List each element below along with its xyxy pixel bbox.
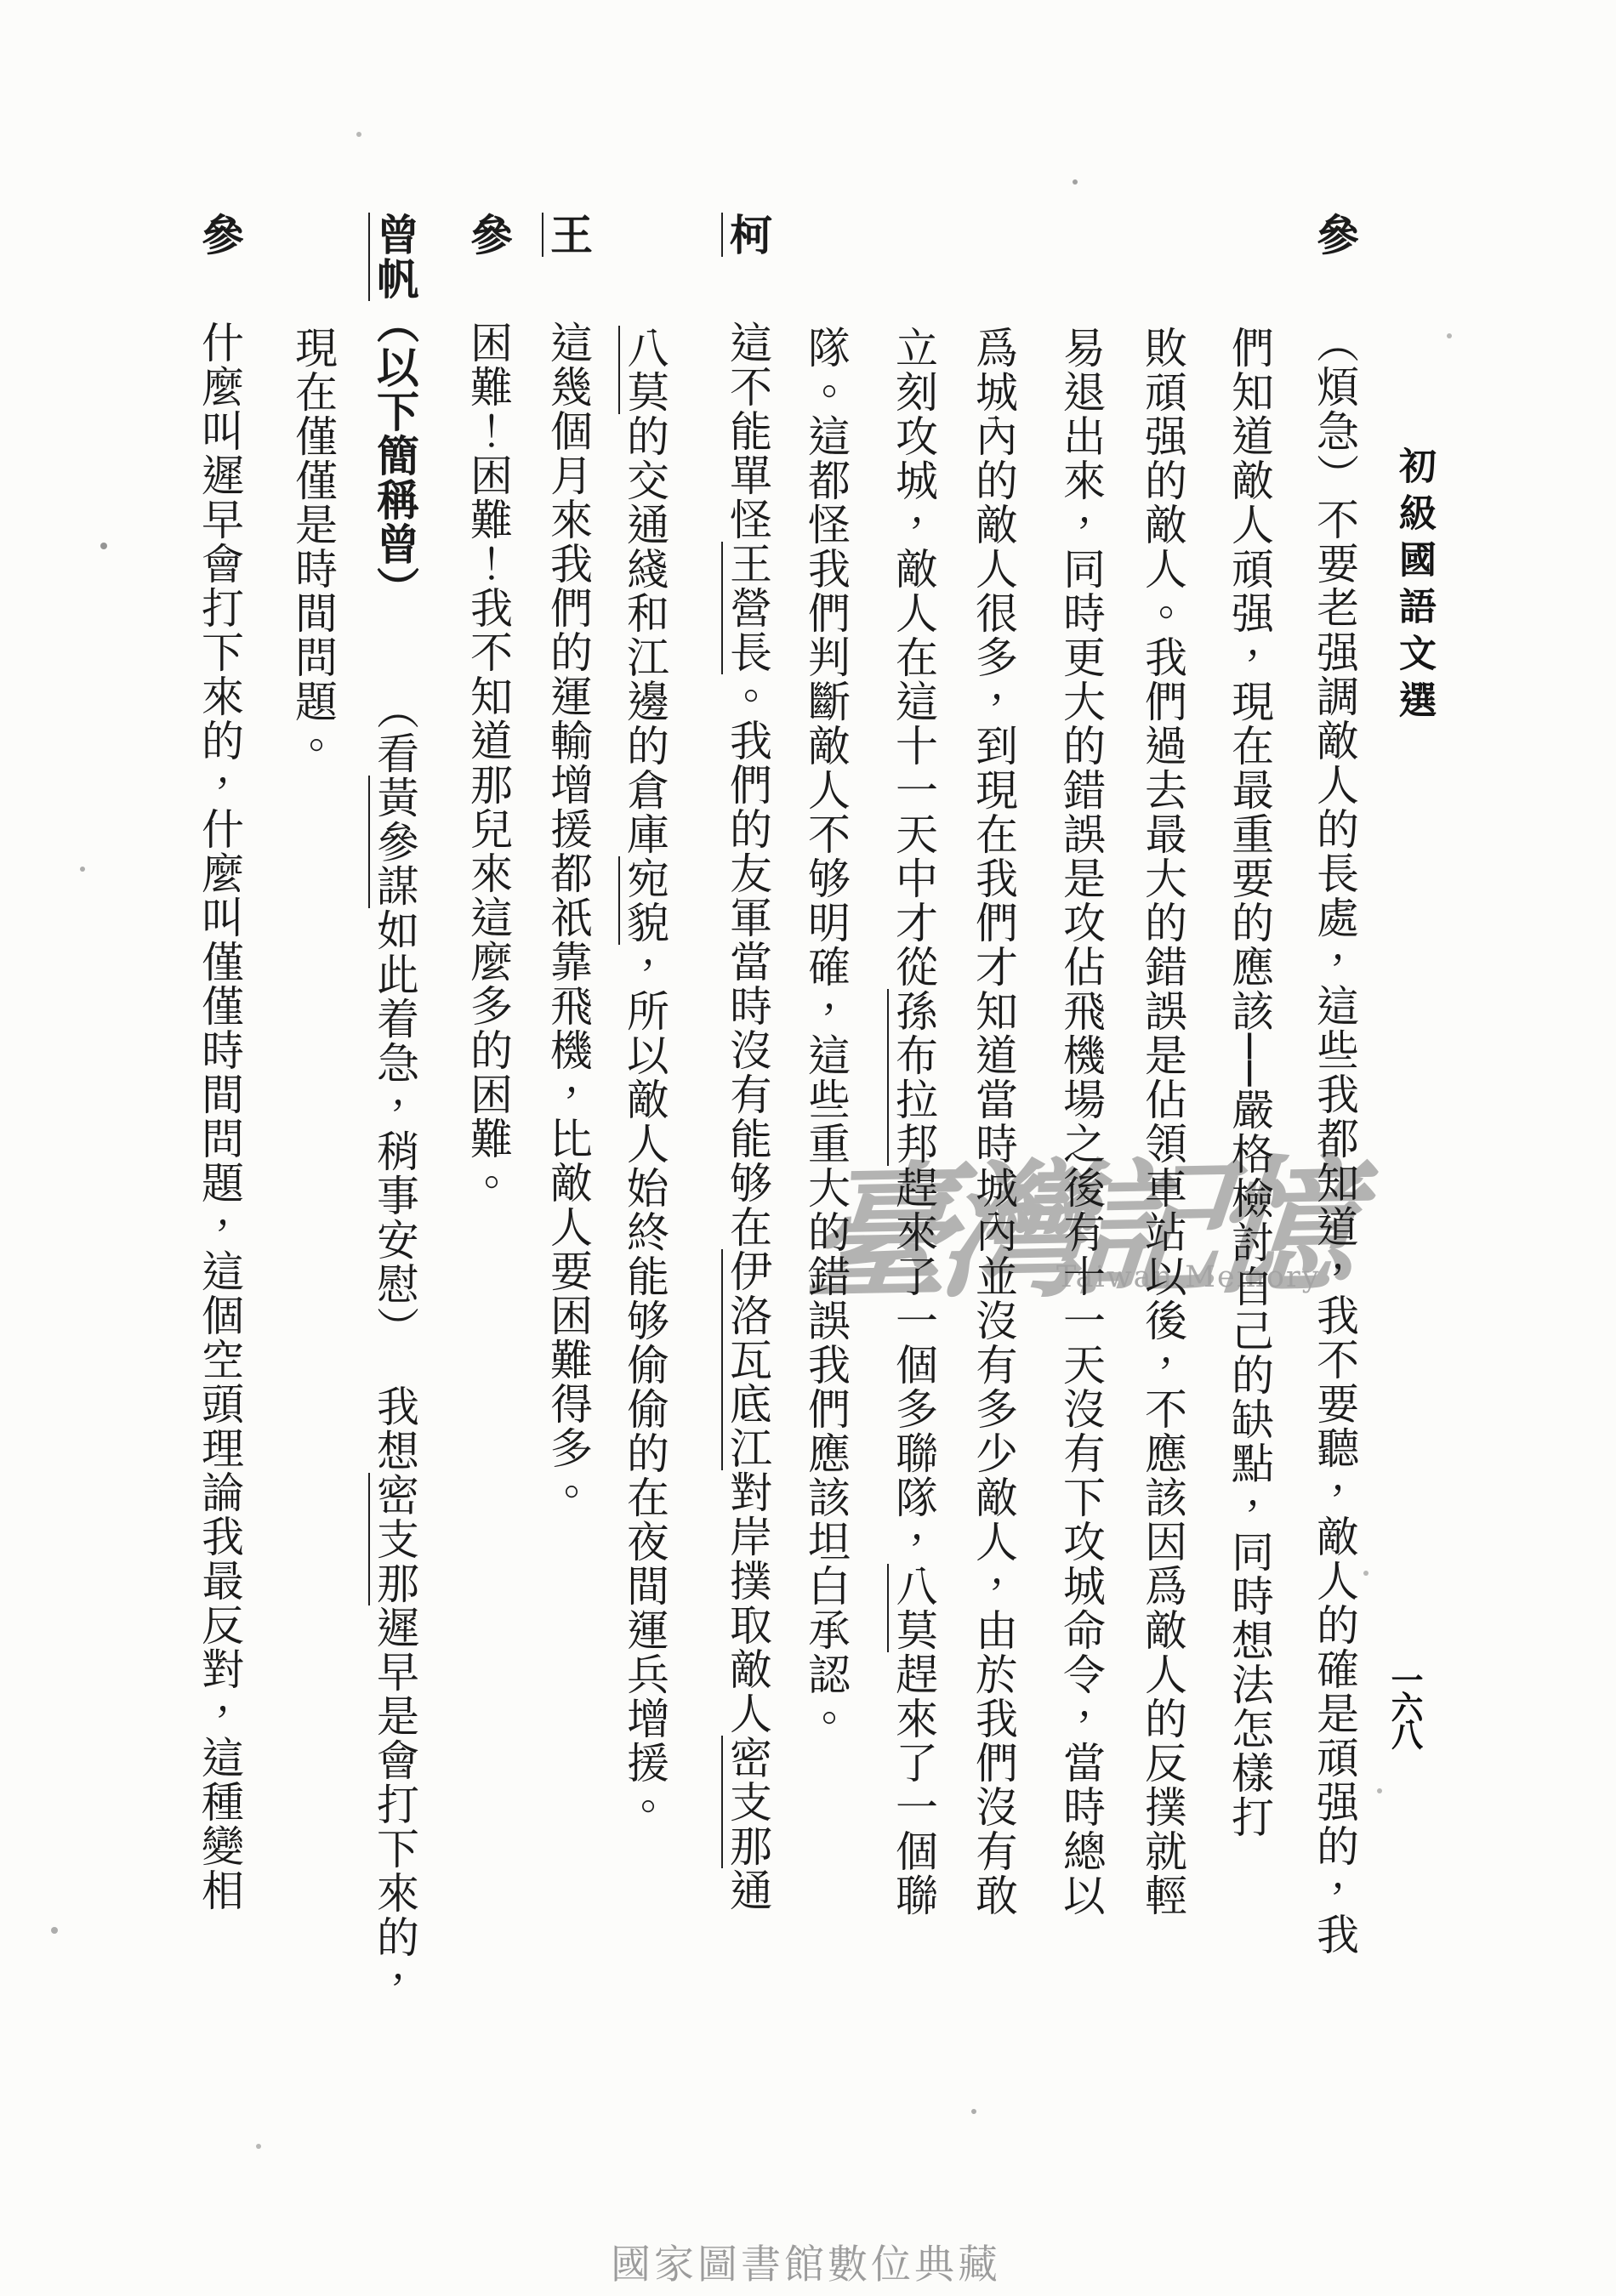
column-gap [567, 257, 569, 321]
text-run: 易退出來，同時更大的錯誤是攻佔飛機場之後有十一天沒有下攻城命令，當時總以 [1056, 326, 1106, 1918]
column-gap [394, 611, 395, 687]
speaker-label: 參 [464, 213, 514, 257]
proper-noun: 柯 [721, 213, 773, 257]
text-run: 立刻攻城，敵人在這十一天中才從 [889, 326, 938, 989]
text-run: 趕來了一個多聯隊， [889, 1166, 938, 1564]
text-column: 王這幾個月來我們的運輸增援都祇靠飛機，比敵人要困難得多。 [542, 213, 595, 2253]
proper-noun: 黃參謀 [368, 776, 419, 908]
text-column: 立刻攻城，敵人在這十一天中才從孫布拉邦趕來了一個多聯隊，八莫趕來了一個聯 [887, 213, 940, 2253]
proper-noun: 密支那 [721, 1736, 772, 1868]
scan-noise [0, 0, 3, 3]
text-block: 參（煩急）不要老强調敵人的長處，這些我都知道，我不要聽，敵人的確是頑强的，我 們… [0, 0, 1616, 2296]
text-column: 參什麼叫遲早會打下來的，什麼叫僅僅時間問題，這個空頭理論我最反對，這種變相 [193, 213, 246, 2253]
column-gap [1080, 213, 1082, 326]
speaker-label: 參 [1310, 213, 1360, 257]
text-column: 參困難！困難！我不知道那兒來這麼多的困難。 [462, 213, 515, 2253]
column-gap [312, 213, 314, 326]
text-run: 這幾個月來我們的運輸增援都祇靠飛機，比敵人要困難得多。 [543, 321, 593, 1515]
text-run: 如此着急，稍事安慰） [370, 908, 419, 1350]
text-run: 爲城內的敵人很多，到現在我們才知道當時城內並沒有多少敵人，由於我們沒有敢 [969, 326, 1018, 1918]
scanned-page: 臺灣記憶 Taiwan Memory 初級國語文選 一六八 參（煩急）不要老强調… [0, 0, 1616, 2296]
text-column: 爲城內的敵人很多，到現在我們才知道當時城內並沒有多少敵人，由於我們沒有敢 [967, 213, 1020, 2253]
text-column: 易退出來，同時更大的錯誤是攻佔飛機場之後有十一天沒有下攻城命令，當時總以 [1055, 213, 1107, 2253]
column-gap [644, 213, 646, 326]
text-column: 們知道敵人頑强，現在最重要的應該──嚴格檢討自己的缺點，同時想法怎樣打 [1223, 213, 1276, 2253]
speaker-label: 參 [195, 213, 245, 257]
proper-noun: 八莫 [887, 1564, 938, 1652]
text-column: 柯這不能單怪王營長。我們的友軍當時沒有能够在伊洛瓦底江對岸撲取敵人密支那通 [721, 213, 774, 2253]
text-run: 敗頑强的敵人。我們過去最大的錯誤是佔領車站以後，不應該因爲敵人的反撲就輕 [1138, 326, 1187, 1918]
text-run: （煩急）不要老强調敵人的長處，這些我都知道，我不要聽，敵人的確是頑强的，我 [1310, 321, 1359, 1957]
column-gap [993, 213, 994, 326]
text-run: 對岸撲取敵人 [723, 1470, 772, 1736]
text-column: 八莫的交通綫和江邊的倉庫宛貌，所以敵人始終能够偷偷的在夜間運兵增援。 [618, 213, 671, 2253]
text-run: 。我們的友軍當時沒有能够在 [723, 674, 772, 1249]
proper-noun: 伊洛瓦底江 [721, 1249, 772, 1470]
text-run: 們知道敵人頑强，現在最重要的應該──嚴格檢討自己的缺點，同時想法怎樣打 [1225, 326, 1274, 1839]
text-column: 曾帆（以下簡稱曾）（看黃參謀如此着急，稍事安慰）我想密支那遲早是會打下來的， [368, 213, 421, 2253]
text-run: 什麼叫遲早會打下來的，什麼叫僅僅時間問題，這個空頭理論我最反對，這種變相 [195, 321, 244, 1912]
text-column: 隊。這都怪我們判斷敵人不够明確，這些重大的錯誤我們應該坦白承認。 [799, 213, 852, 2253]
proper-noun: 密支那 [368, 1473, 419, 1605]
text-column: 現在僅僅是時間問題。 [287, 213, 339, 2253]
proper-noun: 宛貌 [618, 856, 669, 945]
text-run: 這不能單怪 [723, 321, 772, 542]
column-gap [219, 257, 220, 321]
text-run: 困難！困難！我不知道那兒來這麼多的困難。 [464, 321, 513, 1205]
text-run: （看 [370, 687, 419, 776]
column-gap [913, 213, 914, 326]
text-run: 遲早是會打下來的， [370, 1605, 419, 2003]
text-run: 的交通綫和江邊的倉庫 [620, 414, 669, 856]
bottom-caption: 國家圖書館數位典藏 [611, 2233, 1001, 2290]
text-run: 趕來了一個聯 [889, 1652, 938, 1918]
proper-noun: 孫布拉邦 [887, 989, 938, 1166]
column-gap [487, 257, 489, 321]
proper-noun: 王 [542, 213, 594, 257]
text-column: 參（煩急）不要老强調敵人的長處，這些我都知道，我不要聽，敵人的確是頑强的，我 [1308, 213, 1361, 2253]
speaker-label: （以下簡稱曾） [370, 301, 420, 611]
column-gap [1334, 257, 1335, 321]
column-gap [1162, 213, 1164, 326]
column-gap [394, 1350, 395, 1384]
proper-noun: 王營長 [721, 542, 772, 674]
column-gap [747, 257, 748, 321]
column-gap [1249, 213, 1250, 326]
text-run: ，所以敵人始終能够偷偷的在夜間運兵增援。 [620, 945, 669, 1829]
text-run: 通 [723, 1868, 772, 1912]
text-run: 現在僅僅是時間問題。 [288, 326, 338, 768]
proper-noun: 曾帆 [368, 213, 420, 301]
proper-noun: 八莫 [618, 326, 669, 414]
text-column: 敗頑强的敵人。我們過去最大的錯誤是佔領車站以後，不應該因爲敵人的反撲就輕 [1136, 213, 1189, 2253]
text-run: 隊。這都怪我們判斷敵人不够明確，這些重大的錯誤我們應該坦白承認。 [801, 326, 851, 1741]
text-run: 我想 [370, 1384, 419, 1473]
column-gap [825, 213, 827, 326]
